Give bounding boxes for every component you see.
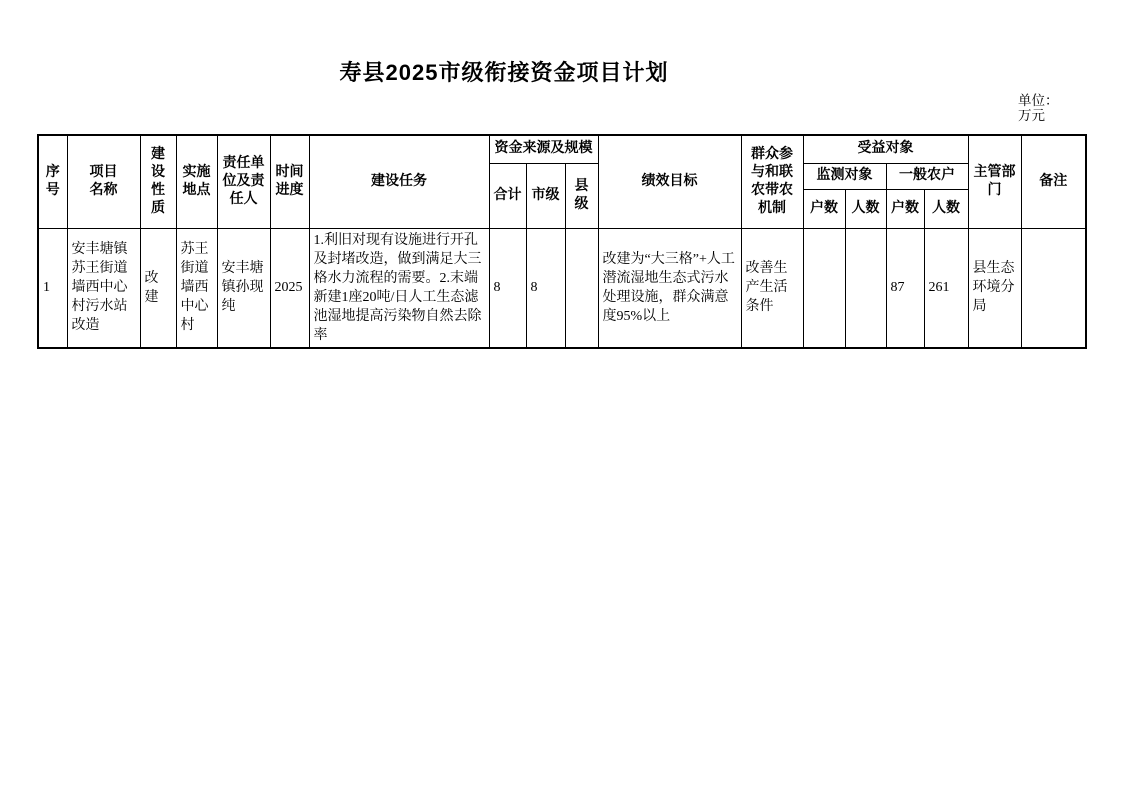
cell-schedule: 2025 <box>270 228 309 348</box>
col-header-remarks: 备注 <box>1021 135 1086 228</box>
project-plan-table: 序 号 项目 名称 建 设 性 质 实施 地点 责任单 位及责 任人 时间 进度… <box>37 134 1087 349</box>
col-group-beneficiaries: 受益对象 <box>803 135 968 163</box>
col-group-funding: 资金来源及规模 <box>489 135 598 163</box>
col-header-schedule: 时间 进度 <box>270 135 309 228</box>
table-row: 1 安丰塘镇苏王街道墙西中心村污水站改造 改建 苏王街道墙西中心村 安丰塘镇孙现… <box>38 228 1086 348</box>
unit-note: 单位： 万元 <box>1018 93 1059 123</box>
col-header-funding-municipal: 市级 <box>526 163 565 228</box>
cell-monitor-people <box>845 228 886 348</box>
cell-responsible: 安丰塘镇孙现纯 <box>217 228 270 348</box>
cell-performance: 改建为“大三格”+人工潜流湿地生态式污水处理设施，群众满意度95%以上 <box>598 228 741 348</box>
col-group-general: 一般农户 <box>886 163 968 189</box>
col-header-seq: 序 号 <box>38 135 67 228</box>
col-group-monitor: 监测对象 <box>803 163 886 189</box>
col-header-funding-county: 县 级 <box>565 163 598 228</box>
col-header-project-name: 项目 名称 <box>67 135 140 228</box>
page-title: 寿县2025市级衔接资金项目计划 <box>0 56 1008 87</box>
col-header-general-households: 户数 <box>886 189 924 228</box>
cell-general-people: 261 <box>924 228 968 348</box>
cell-monitor-households <box>803 228 845 348</box>
col-header-monitor-people: 人数 <box>845 189 886 228</box>
col-header-construction-nature: 建 设 性 质 <box>140 135 176 228</box>
col-header-tasks: 建设任务 <box>309 135 489 228</box>
col-header-general-people: 人数 <box>924 189 968 228</box>
col-header-performance: 绩效目标 <box>598 135 741 228</box>
document-page: 寿县2025市级衔接资金项目计划 单位： 万元 序 号 项目 名称 建 设 性 … <box>0 0 1122 794</box>
cell-tasks: 1.利旧对现有设施进行开孔及封堵改造，做到满足大三格水力流程的需要。2.末端新建… <box>309 228 489 348</box>
cell-mechanism: 改善生产生活条件 <box>741 228 803 348</box>
col-header-mechanism: 群众参 与和联 农带农 机制 <box>741 135 803 228</box>
cell-funding-municipal: 8 <box>526 228 565 348</box>
col-header-monitor-households: 户数 <box>803 189 845 228</box>
cell-remarks <box>1021 228 1086 348</box>
cell-funding-county <box>565 228 598 348</box>
cell-funding-total: 8 <box>489 228 526 348</box>
cell-department: 县生态环境分局 <box>968 228 1021 348</box>
col-header-funding-total: 合计 <box>489 163 526 228</box>
cell-project-name: 安丰塘镇苏王街道墙西中心村污水站改造 <box>67 228 140 348</box>
col-header-responsible: 责任单 位及责 任人 <box>217 135 270 228</box>
cell-seq: 1 <box>38 228 67 348</box>
col-header-department: 主管部 门 <box>968 135 1021 228</box>
col-header-location: 实施 地点 <box>176 135 217 228</box>
cell-general-households: 87 <box>886 228 924 348</box>
cell-location: 苏王街道墙西中心村 <box>176 228 217 348</box>
cell-construction-nature: 改建 <box>140 228 176 348</box>
